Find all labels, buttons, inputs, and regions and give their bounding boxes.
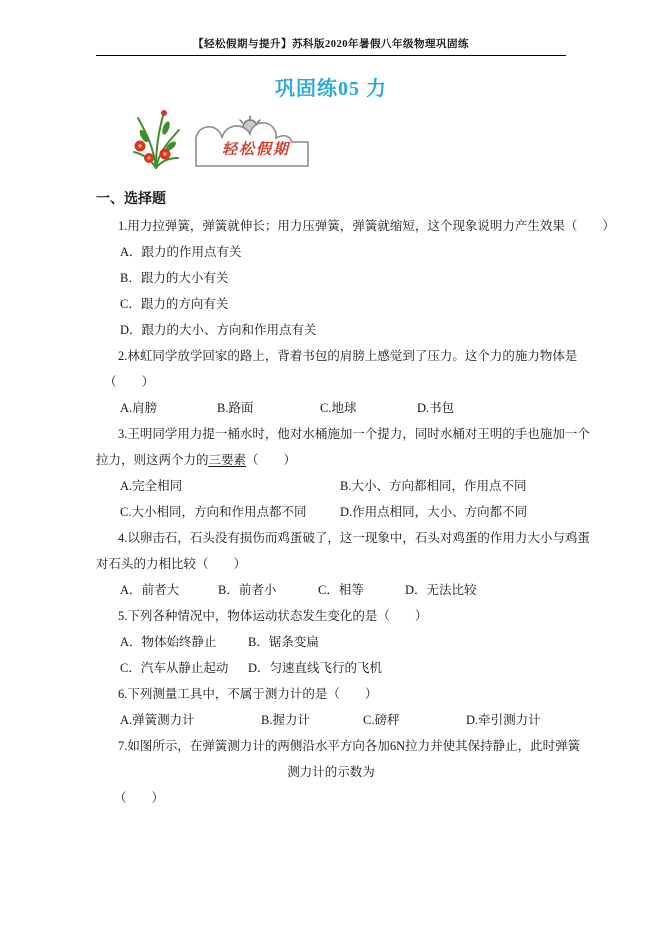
header-divider bbox=[96, 55, 566, 56]
question-1-text: 1.用力拉弹簧，弹簧就伸长；用力压弹簧，弹簧就缩短，这个现象说明力产生效果（ ） bbox=[96, 213, 566, 239]
question-2-option-b: B.路面 bbox=[217, 395, 320, 421]
question-5-options-row1: A．物体始终静止 B．锯条变扁 bbox=[96, 629, 566, 655]
question-2-options-row: A.肩膀 B.路面 C.地球 D.书包 bbox=[96, 395, 566, 421]
question-2-text-line1: 2.林虹同学放学回家的路上，背着书包的肩膀上感觉到了压力。这个力的施力物体是 bbox=[96, 343, 566, 369]
flower-icon bbox=[124, 106, 188, 170]
question-4-option-c: C．相等 bbox=[318, 577, 405, 603]
banner-label: 轻松假期 bbox=[210, 138, 302, 159]
question-6-option-c: C.磅秤 bbox=[363, 707, 466, 733]
section-heading-choice: 一、选择题 bbox=[96, 187, 566, 213]
question-1-option-c: C．跟力的方向有关 bbox=[96, 291, 566, 317]
cloud-banner: 轻松假期 bbox=[188, 114, 314, 170]
question-5-text: 5.下列各种情况中，物体运动状态发生变化的是（ ） bbox=[96, 603, 566, 629]
question-7-text-line1: 7.如图所示，在弹簧测力计的两侧沿水平方向各加6N拉力并使其保持静止，此时弹簧 bbox=[96, 733, 566, 759]
worksheet-page: 【轻松假期与提升】苏科版2020年暑假八年级物理巩固练 巩固练05 力 bbox=[0, 0, 661, 811]
page-header: 【轻松假期与提升】苏科版2020年暑假八年级物理巩固练 bbox=[96, 38, 566, 52]
question-6-option-b: B.握力计 bbox=[261, 707, 363, 733]
question-4-option-d: D．无法比较 bbox=[405, 577, 477, 603]
question-5-option-d: D．匀速直线飞行的飞机 bbox=[248, 655, 382, 681]
question-4-text-line2: 对石头的力相比较（ ） bbox=[96, 551, 566, 577]
question-3-options-row1: A.完全相同 B.大小、方向都相同，作用点不同 bbox=[96, 473, 566, 499]
question-1-option-d: D．跟力的大小、方向和作用点有关 bbox=[96, 317, 566, 343]
question-3-line2-pre: 拉力，则这两个力的 bbox=[96, 453, 209, 467]
question-5-options-row2: C．汽车从静止起动 D．匀速直线飞行的飞机 bbox=[96, 655, 566, 681]
question-3-option-a: A.完全相同 bbox=[120, 473, 340, 499]
question-6-options-row: A.弹簧测力计 B.握力计 C.磅秤 D.牵引测力计 bbox=[96, 707, 566, 733]
holiday-logo: 轻松假期 bbox=[124, 106, 566, 170]
question-5-option-a: A．物体始终静止 bbox=[120, 629, 248, 655]
question-5-option-b: B．锯条变扁 bbox=[248, 629, 319, 655]
question-3-option-d: D.作用点相同，大小、方向都不同 bbox=[340, 499, 527, 525]
question-3-option-c: C.大小相同，方向和作用点都不同 bbox=[120, 499, 340, 525]
question-1-option-b: B．跟力的大小有关 bbox=[96, 265, 566, 291]
question-3-option-b: B.大小、方向都相同，作用点不同 bbox=[340, 473, 526, 499]
question-7-answer-brackets: （ ） bbox=[96, 785, 566, 811]
question-2-option-a: A.肩膀 bbox=[120, 395, 217, 421]
question-5-option-c: C．汽车从静止起动 bbox=[120, 655, 248, 681]
question-3-line2-post: （ ） bbox=[246, 453, 296, 467]
question-6-text: 6.下列测量工具中，不属于测力计的是（ ） bbox=[96, 681, 566, 707]
question-3-text-line2: 拉力，则这两个力的三要素（ ） bbox=[96, 447, 566, 473]
question-4-options-row: A．前者大 B．前者小 C．相等 D．无法比较 bbox=[96, 577, 566, 603]
question-4-option-b: B．前者小 bbox=[218, 577, 318, 603]
page-title: 巩固练05 力 bbox=[96, 75, 566, 103]
question-3-text-line1: 3.王明同学用力提一桶水时，他对水桶施加一个提力，同时水桶对王明的手也施加一个 bbox=[96, 421, 566, 447]
question-1-option-a: A．跟力的作用点有关 bbox=[96, 239, 566, 265]
question-6-option-d: D.牵引测力计 bbox=[466, 707, 541, 733]
question-7-text-line2: 测力计的示数为 bbox=[96, 759, 566, 785]
question-4-text-line1: 4.以卵击石，石头没有损伤而鸡蛋破了，这一现象中，石头对鸡蛋的作用力大小与鸡蛋 bbox=[96, 525, 566, 551]
question-6-option-a: A.弹簧测力计 bbox=[120, 707, 261, 733]
question-4-option-a: A．前者大 bbox=[120, 577, 218, 603]
question-3-options-row2: C.大小相同，方向和作用点都不同 D.作用点相同，大小、方向都不同 bbox=[96, 499, 566, 525]
question-2-answer-brackets: （ ） bbox=[96, 369, 566, 395]
question-2-option-c: C.地球 bbox=[320, 395, 417, 421]
question-2-option-d: D.书包 bbox=[417, 395, 454, 421]
question-3-underlined-term: 三要素 bbox=[209, 453, 247, 467]
